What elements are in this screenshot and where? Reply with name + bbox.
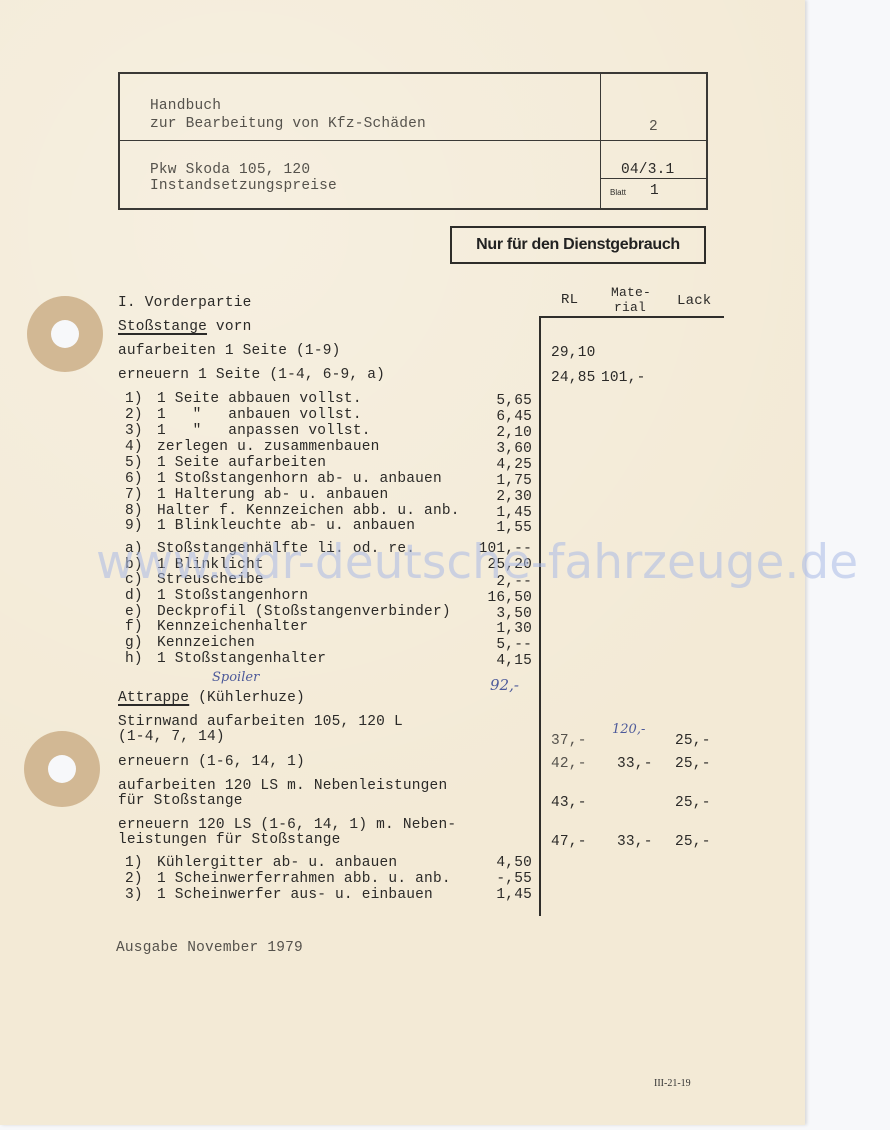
op-material: 33,- bbox=[617, 756, 653, 772]
item-text: 1 Seite aufarbeiten bbox=[157, 455, 326, 471]
item-text: Deckprofil (Stoßstangenverbinder) bbox=[157, 604, 451, 620]
item-text: 1 Scheinwerferrahmen abb. u. anb. bbox=[157, 871, 451, 887]
item-number: 2) bbox=[125, 407, 143, 423]
item-number: 2) bbox=[125, 871, 143, 887]
item-value: 1,45 bbox=[480, 887, 532, 903]
table-left-rule bbox=[539, 316, 541, 916]
item-value: 3,60 bbox=[490, 441, 532, 457]
op-lack: 25,- bbox=[675, 795, 711, 811]
column-header-rl: RL bbox=[561, 292, 578, 308]
item-text: 1 Halterung ab- u. anbauen bbox=[157, 487, 388, 503]
table-top-rule bbox=[540, 316, 724, 318]
handwritten-note-spoiler: Spoiler bbox=[212, 670, 259, 685]
op-material: 33,- bbox=[617, 834, 653, 850]
item-number: 4) bbox=[125, 439, 143, 455]
item-text: Kennzeichenhalter bbox=[157, 619, 308, 635]
item-value: 1,45 bbox=[490, 505, 532, 521]
column-header-material-1: Mate- bbox=[611, 285, 651, 301]
sheet-number: 1 bbox=[650, 183, 659, 199]
op-rl: 29,10 bbox=[551, 345, 596, 361]
header-title-line2: zur Bearbeitung von Kfz-Schäden bbox=[150, 116, 426, 132]
item-number: 8) bbox=[125, 503, 143, 519]
item-text: 1 Stoßstangenhalter bbox=[157, 651, 326, 667]
item-value: -,55 bbox=[480, 871, 532, 887]
op-label: aufarbeiten 1 Seite (1-9) bbox=[118, 343, 341, 359]
item-text: zerlegen u. zusammenbauen bbox=[157, 439, 380, 455]
item-value: 1,75 bbox=[490, 473, 532, 489]
item-letter: h) bbox=[125, 651, 143, 667]
op-lack: 25,- bbox=[675, 834, 711, 850]
item-number: 1) bbox=[125, 855, 143, 871]
item-text: 1 Stoßstangenhorn bbox=[157, 588, 308, 604]
op-material: 101,- bbox=[601, 370, 646, 386]
item-value: 2,30 bbox=[490, 489, 532, 505]
handwritten-value-spoiler: 92,- bbox=[490, 676, 519, 694]
op-lack: 25,- bbox=[675, 733, 711, 749]
punch-hole-bottom bbox=[24, 731, 100, 807]
item-text: 1 " anbauen vollst. bbox=[157, 407, 362, 423]
item-value: 16,50 bbox=[470, 590, 532, 606]
item-text: 1 " anpassen vollst. bbox=[157, 423, 371, 439]
restricted-use-stamp: Nur für den Dienstgebrauch bbox=[450, 226, 706, 264]
edition-note: Ausgabe November 1979 bbox=[116, 940, 303, 956]
item-number: 3) bbox=[125, 423, 143, 439]
column-header-lack: Lack bbox=[677, 293, 711, 309]
item-number: 5) bbox=[125, 455, 143, 471]
header-subject-line1: Pkw Skoda 105, 120 bbox=[150, 162, 310, 178]
header-subject-line2: Instandsetzungspreise bbox=[150, 178, 337, 194]
op-lack: 25,- bbox=[675, 756, 711, 772]
op-label: Stirnwand aufarbeiten 105, 120 L bbox=[118, 714, 403, 730]
item-text: 1 Stoßstangenhorn ab- u. anbauen bbox=[157, 471, 442, 487]
item-letter: f) bbox=[125, 619, 143, 635]
item-value: 4,25 bbox=[490, 457, 532, 473]
op-rl: 43,- bbox=[551, 795, 587, 811]
item-value: 2,10 bbox=[490, 425, 532, 441]
item-number: 6) bbox=[125, 471, 143, 487]
op-label: aufarbeiten 120 LS m. Nebenleistungen bbox=[118, 778, 447, 794]
handwritten-material: 120,- bbox=[612, 722, 645, 737]
header-title-line1: Handbuch bbox=[150, 98, 221, 114]
watermark: www.ddr-deutsche-fahrzeuge.de bbox=[96, 535, 858, 590]
item-text: Kühlergitter ab- u. anbauen bbox=[157, 855, 397, 871]
item-letter: e) bbox=[125, 604, 143, 620]
column-header-material-2: rial bbox=[614, 300, 646, 316]
punch-hole-top bbox=[27, 296, 103, 372]
item-value: 1,30 bbox=[470, 621, 532, 637]
item-number: 7) bbox=[125, 487, 143, 503]
item-value: 5,65 bbox=[490, 393, 532, 409]
item-text: Kennzeichen bbox=[157, 635, 255, 651]
item-value: 1,55 bbox=[490, 520, 532, 536]
op-rl: 24,85 bbox=[551, 370, 596, 386]
header-code: 04/3.1 bbox=[621, 162, 674, 178]
item-value: 4,50 bbox=[480, 855, 532, 871]
part-heading-bumper: Stoßstange vorn bbox=[118, 319, 252, 335]
item-text: Halter f. Kennzeichen abb. u. anb. bbox=[157, 503, 460, 519]
item-value: 5,-- bbox=[470, 637, 532, 653]
op-rl: 47,- bbox=[551, 834, 587, 850]
section-title: I. Vorderpartie bbox=[118, 295, 252, 311]
op-label: erneuern 120 LS (1-6, 14, 1) m. Neben- bbox=[118, 817, 456, 833]
part-heading-grille: Attrappe (Kühlerhuze) bbox=[118, 690, 305, 706]
item-text: 1 Scheinwerfer aus- u. einbauen bbox=[157, 887, 433, 903]
document-page: Handbuch zur Bearbeitung von Kfz-Schäden… bbox=[0, 0, 805, 1125]
item-number: 1) bbox=[125, 391, 143, 407]
op-label-cont: leistungen für Stoßstange bbox=[118, 832, 341, 848]
print-code: III-21-19 bbox=[654, 1078, 691, 1089]
item-value: 3,50 bbox=[470, 606, 532, 622]
op-label-cont: für Stoßstange bbox=[118, 793, 243, 809]
item-number: 3) bbox=[125, 887, 143, 903]
item-text: 1 Seite abbauen vollst. bbox=[157, 391, 362, 407]
op-label: erneuern 1 Seite (1-4, 6-9, a) bbox=[118, 367, 385, 383]
item-number: 9) bbox=[125, 518, 143, 534]
sheet-label: Blatt bbox=[610, 188, 626, 197]
item-letter: g) bbox=[125, 635, 143, 651]
op-rl: 42,- bbox=[551, 756, 587, 772]
item-value: 6,45 bbox=[490, 409, 532, 425]
header-volume: 2 bbox=[649, 119, 658, 135]
op-rl: 37,- bbox=[551, 733, 587, 749]
item-text: 1 Blinkleuchte ab- u. anbauen bbox=[157, 518, 415, 534]
op-label-cont: (1-4, 7, 14) bbox=[118, 729, 225, 745]
item-letter: d) bbox=[125, 588, 143, 604]
op-label: erneuern (1-6, 14, 1) bbox=[118, 754, 305, 770]
item-value: 4,15 bbox=[470, 653, 532, 669]
